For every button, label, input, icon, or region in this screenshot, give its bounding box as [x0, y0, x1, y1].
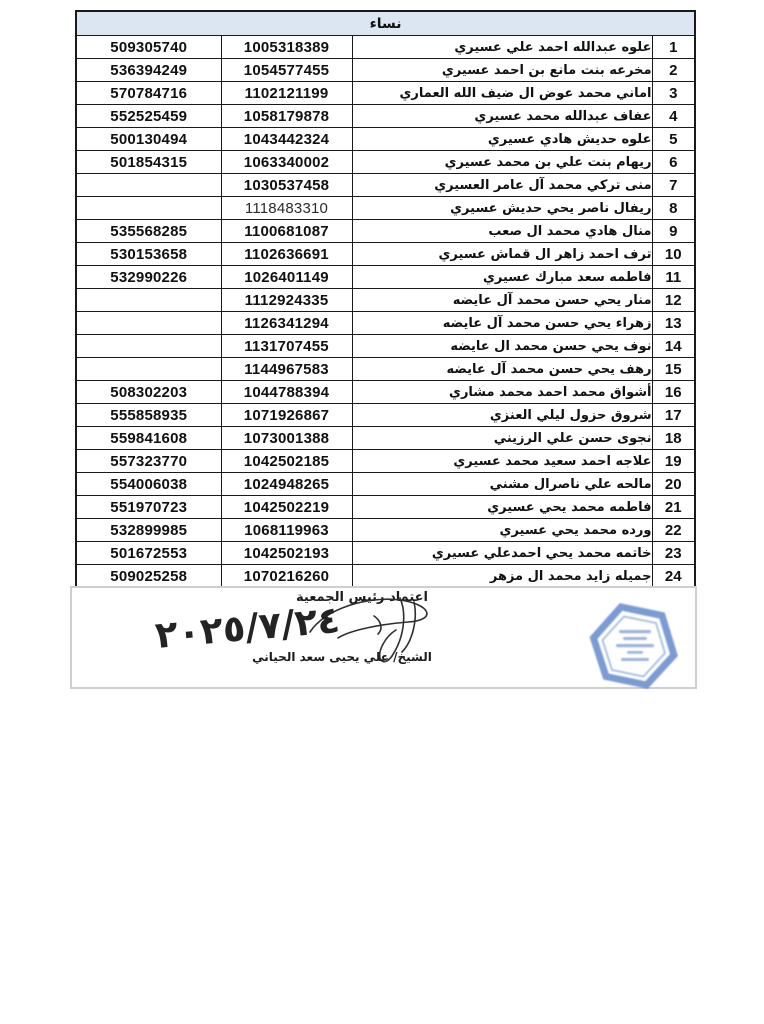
id-cell: 1102636691: [221, 243, 352, 266]
row-number-cell: 5: [652, 128, 695, 151]
phone-cell: 552525459: [76, 105, 221, 128]
id-cell: 1042502185: [221, 450, 352, 473]
id-cell: 1042502219: [221, 496, 352, 519]
table-row: 551970723 1042502219 فاطمه محمد يحي عسير…: [76, 496, 695, 519]
phone-cell: [76, 312, 221, 335]
table-row: 532990226 1026401149 فاطمه سعد مبارك عسي…: [76, 266, 695, 289]
women-list-table: نساء 509305740 1005318389 علوه عبدالله ا…: [75, 10, 696, 612]
phone-cell: 501854315: [76, 151, 221, 174]
row-number-cell: 10: [652, 243, 695, 266]
scanned-document-page: { "header": { "title": "نساء" }, "table"…: [0, 0, 764, 1024]
table-row: 1144967583 رهف يحي حسن محمد آل عايضه 15: [76, 358, 695, 381]
row-number-cell: 21: [652, 496, 695, 519]
row-number-cell: 16: [652, 381, 695, 404]
row-number-cell: 9: [652, 220, 695, 243]
table-row: 570784716 1102121199 اماني محمد عوض ال ض…: [76, 82, 695, 105]
id-cell: 1030537458: [221, 174, 352, 197]
table-row: 1131707455 نوف يحي حسن محمد ال عايضه 14: [76, 335, 695, 358]
table-row: 530153658 1102636691 ترف احمد زاهر ال قم…: [76, 243, 695, 266]
phone-cell: [76, 335, 221, 358]
row-number-cell: 11: [652, 266, 695, 289]
table-body: نساء 509305740 1005318389 علوه عبدالله ا…: [76, 11, 695, 611]
name-cell: علاجه احمد سعيد محمد عسيري: [352, 450, 652, 473]
row-number-cell: 13: [652, 312, 695, 335]
id-cell: 1100681087: [221, 220, 352, 243]
row-number-cell: 18: [652, 427, 695, 450]
name-cell: منار يحي حسن محمد آل عايضه: [352, 289, 652, 312]
table-row: 1118483310 ريفال ناصر يحي حديش عسيري 8: [76, 197, 695, 220]
phone-cell: 508302203: [76, 381, 221, 404]
name-cell: ريفال ناصر يحي حديش عسيري: [352, 197, 652, 220]
name-cell: منال هادي محمد ال صعب: [352, 220, 652, 243]
id-cell: 1126341294: [221, 312, 352, 335]
name-cell: علوه حديش هادي عسيري: [352, 128, 652, 151]
name-cell: جميله زايد محمد ال مزهر: [352, 565, 652, 588]
phone-cell: [76, 358, 221, 381]
table-header-row: نساء: [76, 11, 695, 36]
phone-cell: 500130494: [76, 128, 221, 151]
name-cell: أشواق محمد احمد محمد مشاري: [352, 381, 652, 404]
table-row: 552525459 1058179878 عفاف عبدالله محمد ع…: [76, 105, 695, 128]
name-cell: فاطمه سعد مبارك عسيري: [352, 266, 652, 289]
phone-cell: 559841608: [76, 427, 221, 450]
name-cell: اماني محمد عوض ال ضيف الله العماري: [352, 82, 652, 105]
phone-cell: [76, 197, 221, 220]
name-cell: علوه عبدالله احمد علي عسيري: [352, 36, 652, 59]
row-number-cell: 23: [652, 542, 695, 565]
name-cell: عفاف عبدالله محمد عسيري: [352, 105, 652, 128]
table-row: 501854315 1063340002 ريهام بنت علي بن مح…: [76, 151, 695, 174]
row-number-cell: 4: [652, 105, 695, 128]
phone-cell: 509305740: [76, 36, 221, 59]
signatory-name: الشيخ/ علي يحيى سعد الحياني: [237, 650, 447, 664]
id-cell: 1063340002: [221, 151, 352, 174]
table-row: 554006038 1024948265 مالحه علي ناصرال مش…: [76, 473, 695, 496]
table-row: 501672553 1042502193 خاتمه محمد يحي احمد…: [76, 542, 695, 565]
table-row: 559841608 1073001388 نجوى حسن علي الرزين…: [76, 427, 695, 450]
id-cell: 1005318389: [221, 36, 352, 59]
id-cell: 1042502193: [221, 542, 352, 565]
table-row: 1126341294 زهراء يحي حسن محمد آل عايضه 1…: [76, 312, 695, 335]
table-row: 508302203 1044788394 أشواق محمد احمد محم…: [76, 381, 695, 404]
id-cell: 1043442324: [221, 128, 352, 151]
row-number-cell: 15: [652, 358, 695, 381]
id-cell: 1073001388: [221, 427, 352, 450]
table-row: 532899985 1068119963 ورده محمد يحي عسيري…: [76, 519, 695, 542]
name-cell: منى تركي محمد آل عامر العسيري: [352, 174, 652, 197]
id-cell: 1071926867: [221, 404, 352, 427]
row-number-cell: 8: [652, 197, 695, 220]
phone-cell: 532899985: [76, 519, 221, 542]
id-cell: 1131707455: [221, 335, 352, 358]
id-cell: 1068119963: [221, 519, 352, 542]
name-cell: ترف احمد زاهر ال قماش عسيري: [352, 243, 652, 266]
phone-cell: 570784716: [76, 82, 221, 105]
name-cell: مخرعه بنت مانع بن احمد عسيري: [352, 59, 652, 82]
row-number-cell: 17: [652, 404, 695, 427]
name-cell: مالحه علي ناصرال مشني: [352, 473, 652, 496]
row-number-cell: 14: [652, 335, 695, 358]
phone-cell: [76, 174, 221, 197]
row-number-cell: 20: [652, 473, 695, 496]
name-cell: خاتمه محمد يحي احمدعلي عسيري: [352, 542, 652, 565]
id-cell: 1054577455: [221, 59, 352, 82]
table-row: 535568285 1100681087 منال هادي محمد ال ص…: [76, 220, 695, 243]
table-row: 509305740 1005318389 علوه عبدالله احمد ع…: [76, 36, 695, 59]
phone-cell: 535568285: [76, 220, 221, 243]
row-number-cell: 24: [652, 565, 695, 588]
phone-cell: [76, 289, 221, 312]
row-number-cell: 2: [652, 59, 695, 82]
id-cell: 1102121199: [221, 82, 352, 105]
id-cell: 1044788394: [221, 381, 352, 404]
row-number-cell: 3: [652, 82, 695, 105]
phone-cell: 536394249: [76, 59, 221, 82]
row-number-cell: 12: [652, 289, 695, 312]
id-cell: 1024948265: [221, 473, 352, 496]
table-title: نساء: [76, 11, 695, 36]
row-number-cell: 19: [652, 450, 695, 473]
table-row: 555858935 1071926867 شروق حزول ليلي العن…: [76, 404, 695, 427]
id-cell: 1144967583: [221, 358, 352, 381]
phone-cell: 509025258: [76, 565, 221, 588]
phone-cell: 501672553: [76, 542, 221, 565]
row-number-cell: 7: [652, 174, 695, 197]
hexagon-stamp-icon: [585, 600, 683, 696]
row-number-cell: 22: [652, 519, 695, 542]
id-cell: 1118483310: [221, 197, 352, 220]
row-number-cell: 6: [652, 151, 695, 174]
name-cell: نجوى حسن علي الرزيني: [352, 427, 652, 450]
name-cell: ريهام بنت علي بن محمد عسيري: [352, 151, 652, 174]
name-cell: زهراء يحي حسن محمد آل عايضه: [352, 312, 652, 335]
name-cell: فاطمه محمد يحي عسيري: [352, 496, 652, 519]
table-row: 1030537458 منى تركي محمد آل عامر العسيري…: [76, 174, 695, 197]
table-row: 536394249 1054577455 مخرعه بنت مانع بن ا…: [76, 59, 695, 82]
table-row: 509025258 1070216260 جميله زايد محمد ال …: [76, 565, 695, 588]
name-cell: رهف يحي حسن محمد آل عايضه: [352, 358, 652, 381]
table-row: 500130494 1043442324 علوه حديش هادي عسير…: [76, 128, 695, 151]
phone-cell: 555858935: [76, 404, 221, 427]
id-cell: 1112924335: [221, 289, 352, 312]
row-number-cell: 1: [652, 36, 695, 59]
phone-cell: 557323770: [76, 450, 221, 473]
phone-cell: 532990226: [76, 266, 221, 289]
name-cell: شروق حزول ليلي العنزي: [352, 404, 652, 427]
id-cell: 1070216260: [221, 565, 352, 588]
table-row: 1112924335 منار يحي حسن محمد آل عايضه 12: [76, 289, 695, 312]
phone-cell: 530153658: [76, 243, 221, 266]
name-cell: ورده محمد يحي عسيري: [352, 519, 652, 542]
approval-box: اعتماد رئيس الجمعية ٢٠٢٥/٧/٢٤ الشيخ/ علي…: [70, 586, 697, 689]
table-row: 557323770 1042502185 علاجه احمد سعيد محم…: [76, 450, 695, 473]
id-cell: 1026401149: [221, 266, 352, 289]
phone-cell: 554006038: [76, 473, 221, 496]
name-cell: نوف يحي حسن محمد ال عايضه: [352, 335, 652, 358]
id-cell: 1058179878: [221, 105, 352, 128]
phone-cell: 551970723: [76, 496, 221, 519]
